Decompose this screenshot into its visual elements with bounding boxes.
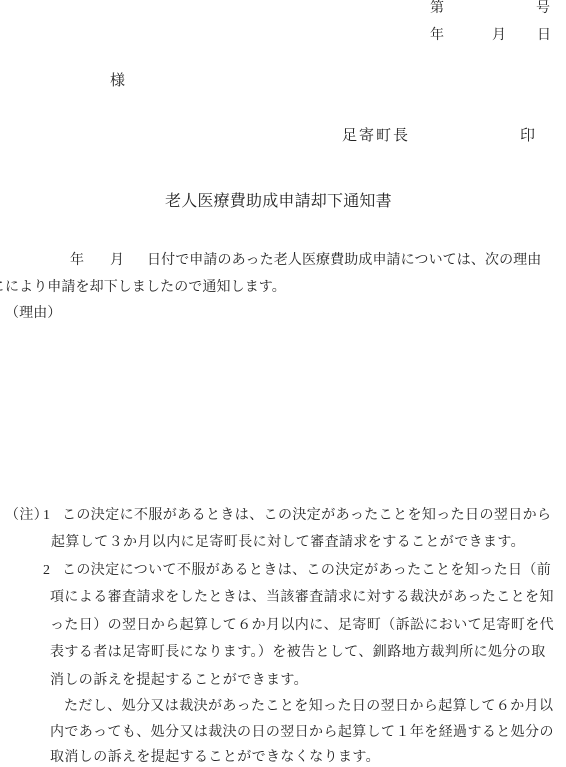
body-line-1-text: 日付で申請のあった老人医療費助成申請については、次の理由	[147, 253, 541, 269]
body-month-blank: 月	[110, 253, 124, 269]
document-title: 老人医療費助成申請却下通知書	[165, 193, 392, 211]
issue-date-line: 年 月 日	[0, 28, 566, 46]
doc-number-line: 第 号	[0, 1, 566, 19]
reason-label: （理由）	[5, 306, 61, 322]
body-year-blank: 年	[70, 253, 84, 269]
doc-number-suffix: 号	[536, 1, 550, 17]
note-item2-line3: った日）の翌日から起算して６か月以内に、足寄町（訴訟において足寄町を代	[50, 618, 554, 634]
note-item2-line1: 2 この決定について不服があるときは、この決定があったことを知った日（前	[0, 563, 566, 581]
notes-label: （注）	[5, 508, 48, 524]
date-year-label: 年	[430, 28, 444, 44]
note-item2-line2: 項による審査請求をしたときは、当該審査請求に対する裁決があったことを知	[50, 590, 554, 606]
body-line-1: 年 月 日付で申請のあった老人医療費助成申請については、次の理由	[0, 253, 566, 271]
note-item1-line1: （注） 1 この決定に不服があるときは、この決定があったことを知った日の翌日から	[0, 508, 566, 526]
note-item2-number: 2	[43, 563, 50, 579]
note-item1-line1-text: この決定に不服があるときは、この決定があったことを知った日の翌日から	[62, 508, 551, 524]
note-item2-line6: ただし、処分又は裁決があったことを知った日の翌日から起算して６か月以	[64, 699, 553, 715]
seal-mark: 印	[520, 128, 535, 145]
sender-title: 足寄町長	[342, 128, 410, 145]
note-item2-line7: 内であっても、処分又は裁決の日の翌日から起算して１年を経過すると処分の	[50, 725, 554, 741]
note-item2-line8: 取消しの訴えを提起することができなくなります。	[50, 750, 380, 766]
clipped-character-fragment: に	[0, 280, 4, 296]
body-line-2-text: により申請を却下しましたので通知します。	[5, 280, 286, 296]
note-item1-line2: 起算して３か月以内に足寄町長に対して審査請求をすることができます。	[51, 535, 525, 551]
note-item2-line5: 消しの訴えを提起することができます。	[50, 673, 308, 689]
note-item2-line4: 表する者は足寄町長になります。）を被告として、釧路地方裁判所に処分の取	[50, 645, 546, 661]
document-page: 第 号 年 月 日 様 足寄町長 印 老人医療費助成申請却下通知書 年 月 日付…	[0, 0, 566, 767]
note-item1-number: 1	[43, 508, 50, 524]
note-item2-line1-text: この決定について不服があるときは、この決定があったことを知った日（前	[62, 563, 551, 579]
body-line-2: に により申請を却下しましたので通知します。	[0, 280, 566, 298]
doc-number-prefix: 第	[430, 1, 444, 17]
recipient-honorific: 様	[110, 73, 125, 90]
sender-line: 足寄町長 印	[0, 128, 566, 148]
date-day-label: 日	[537, 28, 551, 44]
date-month-label: 月	[492, 28, 506, 44]
